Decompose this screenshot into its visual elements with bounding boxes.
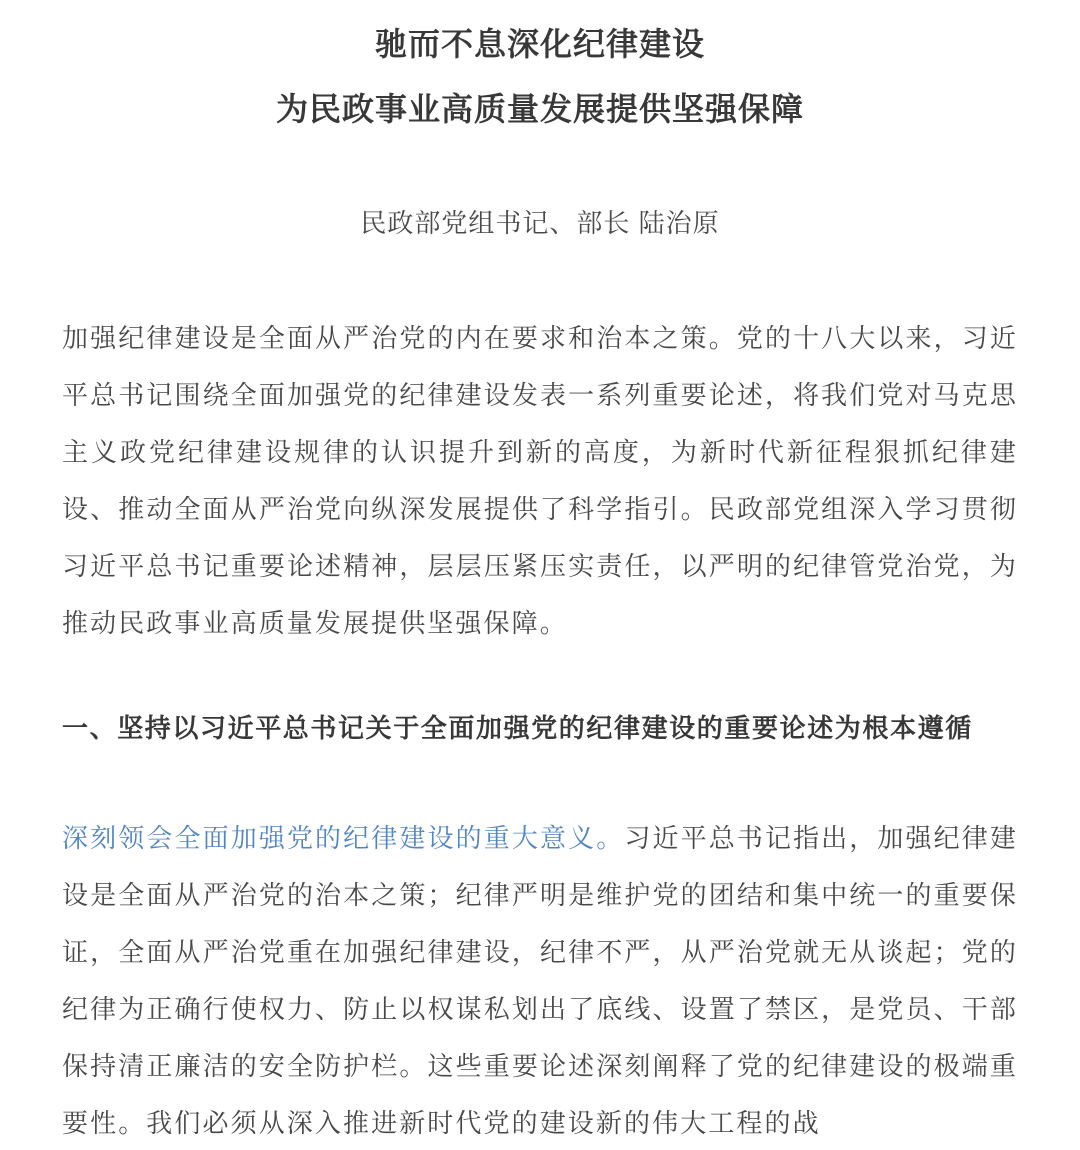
section-1-heading: 一、坚持以习近平总书记关于全面加强党的纪律建设的重要论述为根本遵循 [62,700,1018,757]
article-title-line-2: 为民政事业高质量发展提供坚强保障 [62,77,1018,142]
article-title: 驰而不息深化纪律建设 为民政事业高质量发展提供坚强保障 [62,12,1018,142]
section-1-paragraph-body: 习近平总书记指出，加强纪律建设是全面从严治党的治本之策；纪律严明是维护党的团结和… [62,823,1018,1138]
intro-paragraph: 加强纪律建设是全面从严治党的内在要求和治本之策。党的十八大以来，习近平总书记围绕… [62,310,1018,652]
section-1-paragraph: 深刻领会全面加强党的纪律建设的重大意义。习近平总书记指出，加强纪律建设是全面从严… [62,810,1018,1150]
section-1-lead-emphasis: 深刻领会全面加强党的纪律建设的重大意义。 [62,823,624,853]
article-title-line-1: 驰而不息深化纪律建设 [62,12,1018,77]
article-byline: 民政部党组书记、部长 陆治原 [62,206,1018,240]
article-page: 驰而不息深化纪律建设 为民政事业高质量发展提供坚强保障 民政部党组书记、部长 陆… [0,0,1080,1150]
